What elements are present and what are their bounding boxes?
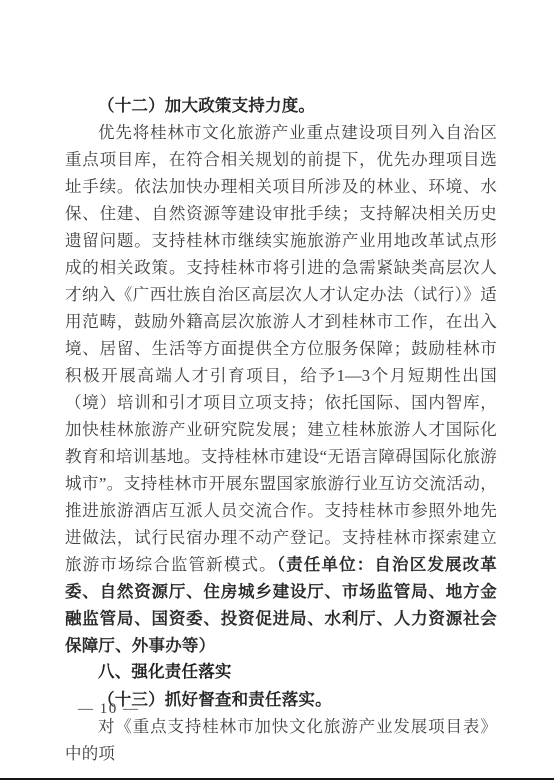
section-heading-8: 八、强化责任落实 xyxy=(65,659,497,686)
page-bottom-edge xyxy=(0,778,554,780)
page-number: — 10 — xyxy=(78,699,140,719)
paragraph-policy-support: 优先将桂林市文化旅游产业重点建设项目列入自治区重点项目库，在符合相关规划的前提下… xyxy=(65,119,497,659)
text-segment: 优先将桂林市文化旅游产业重点建设项目列入自治区重点项目库，在符合相关规划的前提下… xyxy=(65,123,497,574)
paragraph-project-table: 对《重点支持桂林市加快文化旅游产业发展项目表》中的项 xyxy=(65,713,497,767)
document-page: （十二）加大政策支持力度。优先将桂林市文化旅游产业重点建设项目列入自治区重点项目… xyxy=(0,0,554,783)
document-content: （十二）加大政策支持力度。优先将桂林市文化旅游产业重点建设项目列入自治区重点项目… xyxy=(65,92,497,767)
text-segment: 对《重点支持桂林市加快文化旅游产业发展项目表》中的项 xyxy=(65,717,497,763)
text-segment: 八、强化责任落实 xyxy=(98,663,232,681)
subheading-12: （十二）加大政策支持力度。 xyxy=(65,92,497,119)
text-segment: （十二）加大政策支持力度。 xyxy=(98,96,315,115)
